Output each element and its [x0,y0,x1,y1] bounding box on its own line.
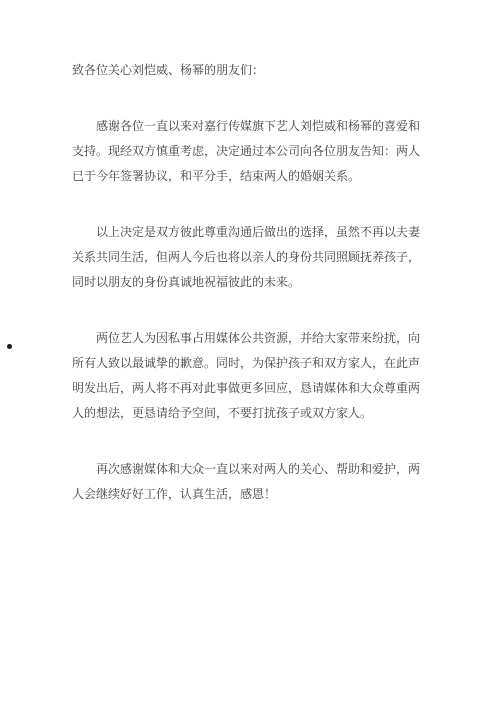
letter-paragraph-1: 感谢各位一直以来对嘉行传媒旗下艺人刘恺威和杨幂的喜爱和支持。现经双方慎重考虑，决… [72,114,426,189]
edge-dot [7,344,12,349]
letter-paragraph-4: 再次感谢媒体和大众一直以来对两人的关心、帮助和爱护，两人会继续好好工作，认真生活… [72,457,426,507]
letter-paragraph-3: 两位艺人为因私事占用媒体公共资源，并给大家带来纷扰，向所有人致以最诚挚的歉意。同… [72,326,426,426]
letter-paragraph-2: 以上决定是双方彼此尊重沟通后做出的选择，虽然不再以夫妻关系共同生活，但两人今后也… [72,220,426,295]
letter-body: 致各位关心刘恺威、杨幂的朋友们： 感谢各位一直以来对嘉行传媒旗下艺人刘恺威和杨幂… [72,58,426,507]
letter-salutation: 致各位关心刘恺威、杨幂的朋友们： [72,58,426,83]
statement-letter-page: 致各位关心刘恺威、杨幂的朋友们： 感谢各位一直以来对嘉行传媒旗下艺人刘恺威和杨幂… [0,0,500,707]
